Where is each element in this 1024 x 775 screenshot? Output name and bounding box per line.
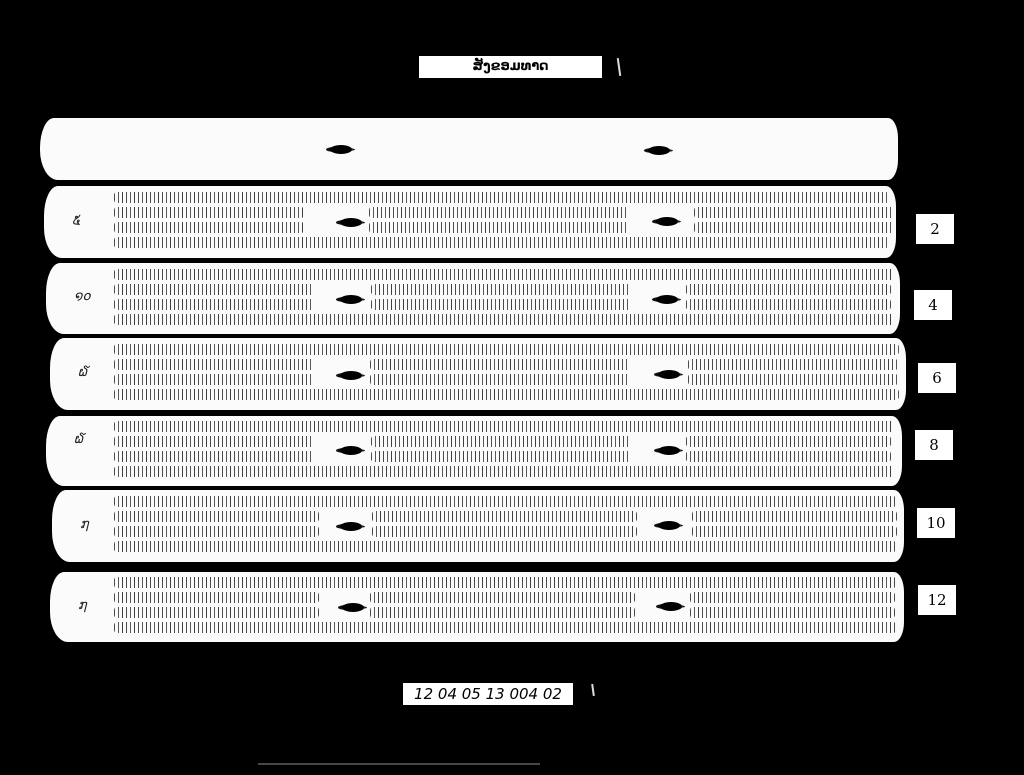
palm-leaf-page: ໗ — [50, 572, 904, 642]
string-hole-icon — [340, 371, 362, 380]
palm-leaf-page: ໗ — [52, 490, 904, 562]
palm-leaf-page: ໑໐ — [46, 263, 900, 334]
string-hole-icon — [340, 446, 362, 455]
page-number-label: 4 — [914, 290, 952, 320]
string-hole-icon — [340, 522, 362, 531]
string-hole-icon — [658, 370, 680, 379]
page-number-label: 10 — [917, 508, 955, 538]
page-number-label: 8 — [915, 430, 953, 460]
string-hole-icon — [648, 146, 670, 155]
palm-leaf-page: ໖ — [50, 338, 906, 410]
string-hole-icon — [340, 218, 362, 227]
scan-tick-mark — [617, 58, 621, 76]
archive-reference-code: 12 04 05 13 004 02 — [403, 683, 573, 705]
string-hole-icon — [658, 446, 680, 455]
leaf-margin-number: ໕ — [72, 213, 80, 228]
string-hole-icon — [342, 603, 364, 612]
scan-tick-mark — [591, 684, 595, 696]
string-hole-icon — [656, 217, 678, 226]
leaf-margin-number: ໑໐ — [74, 289, 91, 304]
palm-leaf-page: ໖ — [46, 416, 902, 486]
leaf-margin-number: ໗ — [80, 517, 89, 532]
leaf-margin-number: ໖ — [74, 432, 83, 447]
string-hole-icon — [656, 295, 678, 304]
palm-leaf-blank-cover — [40, 118, 898, 180]
scan-artifact-line — [258, 763, 540, 765]
manuscript-title-label: ສັງຂອມທາດ — [419, 56, 602, 78]
string-hole-icon — [330, 145, 352, 154]
leaf-margin-number: ໗ — [78, 598, 87, 613]
page-number-label: 6 — [918, 363, 956, 393]
string-hole-icon — [340, 295, 362, 304]
string-hole-icon — [658, 521, 680, 530]
page-number-label: 12 — [918, 585, 956, 615]
leaf-margin-number: ໖ — [78, 365, 87, 380]
string-hole-icon — [660, 602, 682, 611]
palm-leaf-page: ໕ — [44, 186, 896, 258]
page-number-label: 2 — [916, 214, 954, 244]
